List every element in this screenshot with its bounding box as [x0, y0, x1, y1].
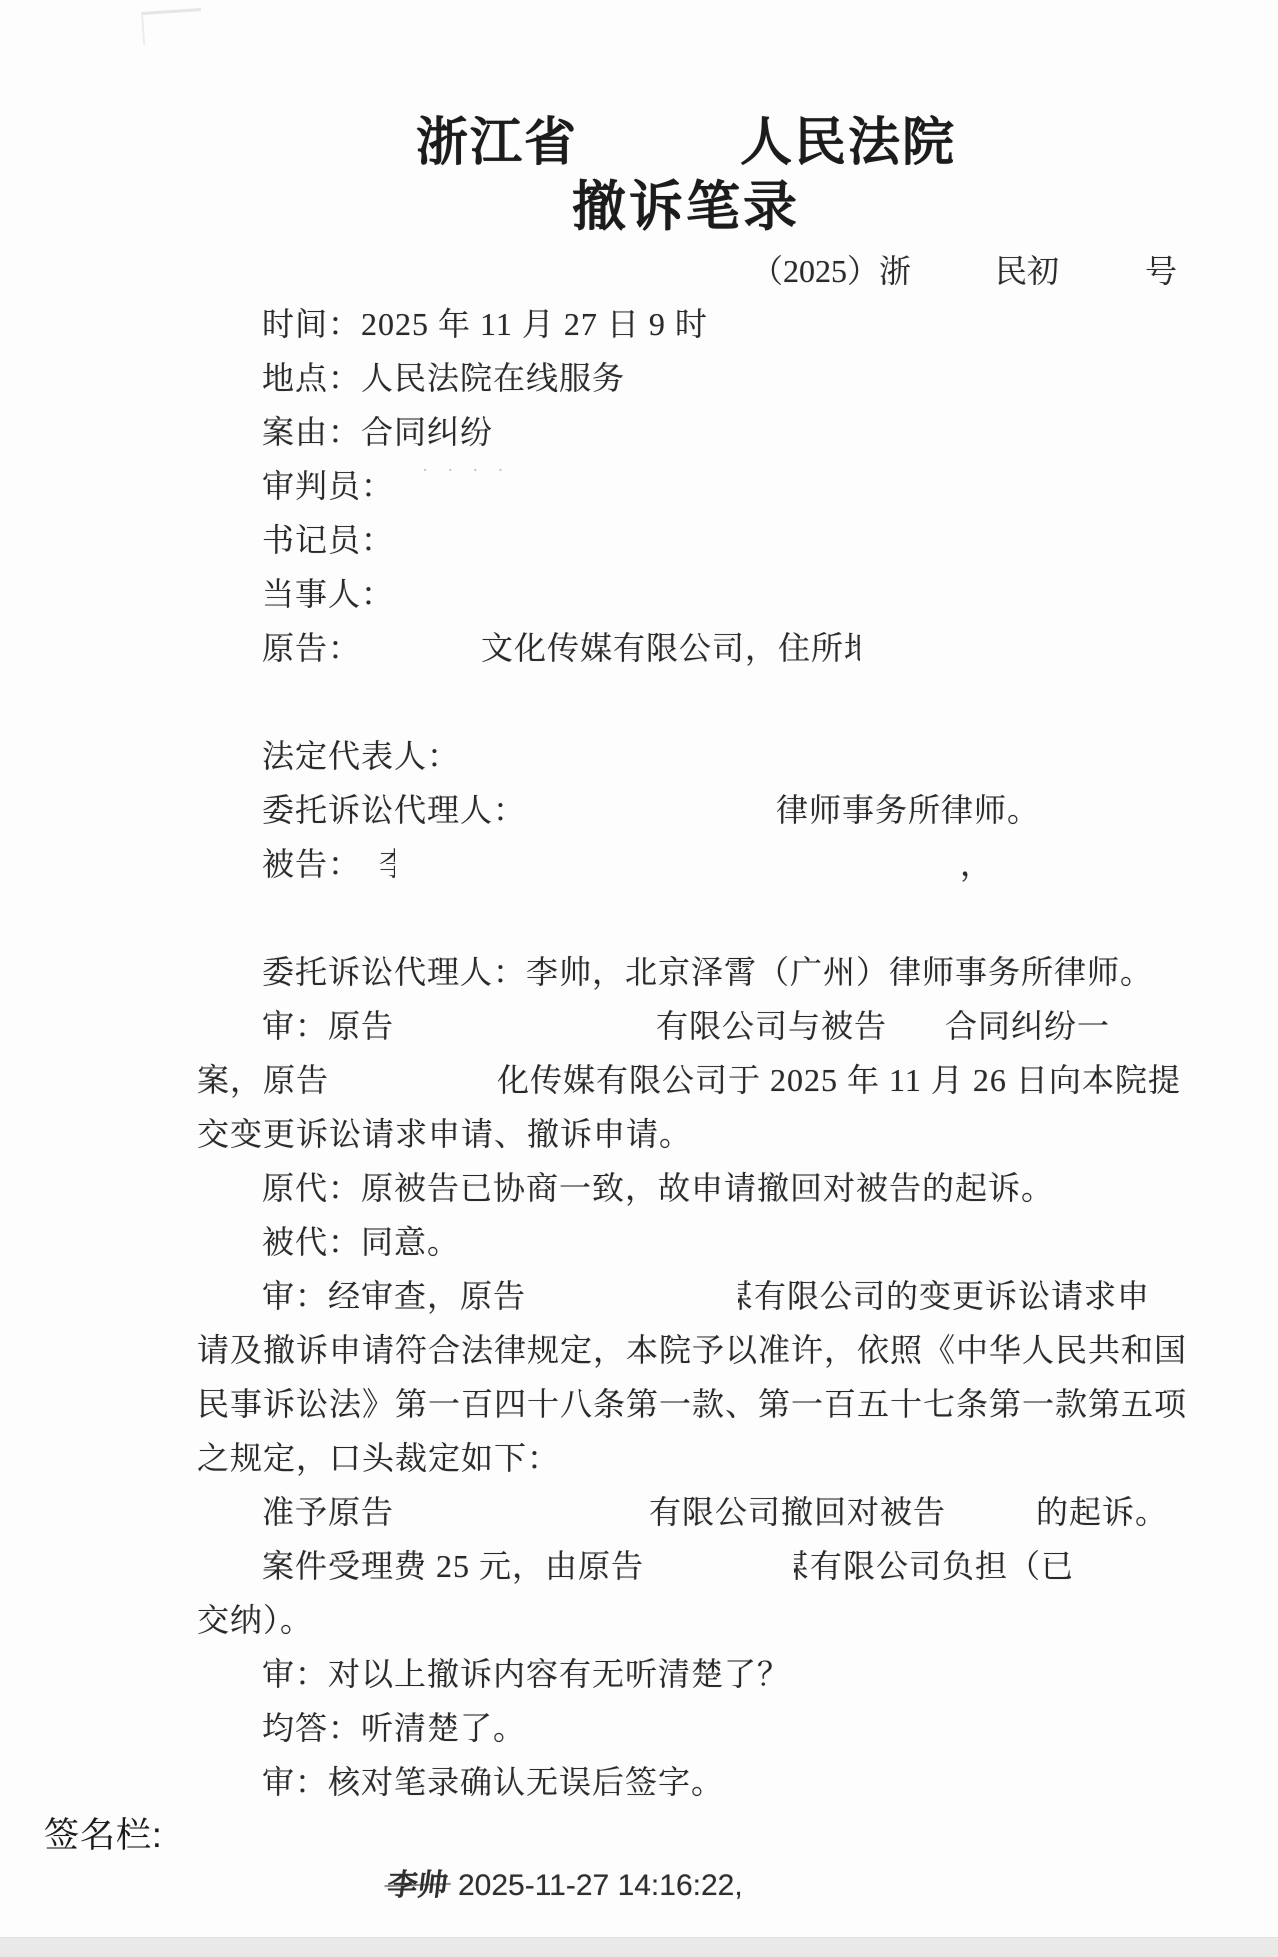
text-run: 民事诉讼法》第一百四十八条第一款、第一百五十七条第一款第五项 [197, 1379, 1187, 1425]
text-run: 委托诉讼代理人： [262, 785, 526, 831]
text-run: 被告： [262, 839, 361, 885]
document-line: 均答：听清楚了。 [197, 1699, 1202, 1753]
redaction-gap [394, 1024, 656, 1025]
document-line [197, 889, 1202, 943]
partial-glyph: 地 [844, 623, 860, 669]
partial-glyph-char: 媒 [794, 1541, 810, 1587]
document-line: 交纳）。 [197, 1591, 1202, 1645]
text-run: 之规定，口头裁定如下： [197, 1433, 560, 1479]
redaction-gap [197, 1186, 262, 1187]
partial-glyph-char: 地 [844, 623, 860, 669]
partial-glyph: 李 [379, 839, 395, 885]
document-title: 撤诉笔录 [572, 164, 800, 241]
text-run: 被代：同意。 [262, 1217, 460, 1263]
text-run: 审：原告 [262, 1001, 394, 1047]
partial-glyph-char: 媒 [738, 1271, 754, 1317]
text-run: 时间：2025 年 11 月 27 日 9 时 [262, 299, 708, 345]
redaction-gap [887, 1024, 945, 1025]
redaction-gap [197, 1780, 262, 1781]
document-line: 原代：原被告已协商一致，故申请撤回对被告的起诉。 [197, 1159, 1202, 1213]
partial-glyph: 媒 [738, 1271, 754, 1317]
redaction-gap [361, 646, 481, 647]
text-run: 合同纠纷一 [945, 1001, 1110, 1047]
text-run: 案由：合同纠纷 [262, 407, 493, 453]
case-number-row: （2025）浙 民初 号 [0, 246, 1278, 290]
text-run: 准予原告 [262, 1487, 394, 1533]
redaction-gap [394, 484, 422, 485]
redaction-gap [197, 646, 262, 647]
redaction-gap [361, 862, 379, 863]
text-run: 有限公司的变更诉讼请求申 [754, 1271, 1150, 1317]
province-name: 浙江省 [416, 100, 578, 175]
text-run: ， [960, 839, 993, 885]
document-line: 审：经审查，原告媒有限公司的变更诉讼请求申 [197, 1267, 1202, 1321]
document-line: 准予原告有限公司撤回对被告的起诉。 [197, 1483, 1202, 1537]
redaction-gap [197, 322, 262, 323]
text-run: 原告： [262, 623, 361, 669]
text-run: 委托诉讼代理人：李帅，北京泽霄（广州）律师事务所律师。 [262, 947, 1153, 993]
document-line: 审：核对笔录确认无误后签字。 [197, 1753, 1202, 1807]
redaction-gap [197, 970, 262, 971]
text-run: 的起诉。 [1036, 1487, 1168, 1533]
redaction-gap [197, 1240, 262, 1241]
redaction-gap [197, 484, 262, 485]
redaction-gap [197, 862, 262, 863]
text-run: 地点：人民法院在线服务 [262, 353, 625, 399]
text-run: 有限公司与被告 [656, 1001, 887, 1047]
signature-timestamp: 2025-11-27 14:16:22, [458, 1869, 743, 1902]
document-line: 被告：李， [197, 835, 1202, 889]
redaction-gap [526, 1294, 738, 1295]
redaction-smudge: · · · · [422, 460, 511, 482]
document-line: 审：对以上撤诉内容有无听清楚了？ [197, 1645, 1202, 1699]
text-run: 审判员： [262, 461, 394, 507]
redaction-gap [946, 1510, 1036, 1511]
document-line: 审判员：· · · · [197, 457, 1202, 511]
text-run: 案，原告 [197, 1055, 329, 1101]
scan-artifact [141, 8, 203, 45]
redaction-gap [197, 1672, 262, 1673]
redaction-gap [197, 430, 262, 431]
redaction-gap [329, 1078, 497, 1079]
court-document: 浙江省 人民法院 撤诉笔录 （2025）浙 民初 号 时间：2025 年 11 … [0, 0, 1278, 1957]
text-run: 交变更诉讼请求申请、撤诉申请。 [197, 1109, 692, 1155]
document-line: 案件受理费 25 元，由原告媒有限公司负担（已 [197, 1537, 1202, 1591]
text-run: 有限公司撤回对被告 [649, 1487, 946, 1533]
redaction-gap [197, 1726, 262, 1727]
case-number-year: （2025）浙 [751, 246, 911, 292]
redaction-gap [197, 1024, 262, 1025]
document-line: 地点：人民法院在线服务 [197, 349, 1202, 403]
partial-glyph-char: 李 [379, 839, 395, 885]
text-run: 原代：原被告已协商一致，故申请撤回对被告的起诉。 [262, 1163, 1054, 1209]
redaction-gap [197, 1510, 262, 1511]
redaction-gap [197, 754, 262, 755]
case-number-suffix: 号 [1145, 246, 1177, 292]
text-run: 当事人： [262, 569, 394, 615]
document-line: 法定代表人： [197, 727, 1202, 781]
document-line: 原告：文化传媒有限公司，住所地 [197, 619, 1202, 673]
text-run: 律师事务所律师。 [776, 785, 1040, 831]
document-line: 时间：2025 年 11 月 27 日 9 时 [197, 295, 1202, 349]
signature-name: 李帅 [385, 1860, 450, 1904]
text-run: 书记员： [262, 515, 394, 561]
text-run: 案件受理费 25 元，由原告 [262, 1541, 644, 1587]
text-run: 文化传媒有限公司，住所 [481, 623, 844, 669]
redaction-gap [197, 538, 262, 539]
redaction-gap [197, 1294, 262, 1295]
text-run: 法定代表人： [262, 731, 460, 777]
document-line: 书记员： [197, 511, 1202, 565]
redaction-gap [394, 1510, 649, 1511]
document-line: 被代：同意。 [197, 1213, 1202, 1267]
document-title-row: 浙江省 人民法院 [0, 100, 1278, 164]
document-line: 请及撤诉申请符合法律规定，本院予以准许，依照《中华人民共和国 [197, 1321, 1202, 1375]
document-line: 之规定，口头裁定如下： [197, 1429, 1202, 1483]
text-run: 请及撤诉申请符合法律规定，本院予以准许，依照《中华人民共和国 [197, 1325, 1187, 1371]
redaction-gap [197, 376, 262, 377]
redaction-gap [526, 808, 776, 809]
text-run: 有限公司负担（已 [810, 1541, 1074, 1587]
document-line: 审：原告有限公司与被告合同纠纷一 [197, 997, 1202, 1051]
document-line: 委托诉讼代理人：律师事务所律师。 [197, 781, 1202, 835]
text-run: 审：核对笔录确认无误后签字。 [262, 1757, 724, 1803]
document-line: 当事人： [197, 565, 1202, 619]
document-line: 民事诉讼法》第一百四十八条第一款、第一百五十七条第一款第五项 [197, 1375, 1202, 1429]
document-body: 时间：2025 年 11 月 27 日 9 时地点：人民法院在线服务案由：合同纠… [197, 295, 1202, 1807]
text-run: 审：对以上撤诉内容有无听清楚了？ [262, 1649, 790, 1695]
text-run: 交纳）。 [197, 1595, 313, 1641]
redaction-gap [644, 1564, 794, 1565]
document-line [197, 673, 1202, 727]
case-number-type: 民初 [995, 246, 1059, 292]
bottom-scan-edge [0, 1937, 1278, 1957]
text-run: 审：经审查，原告 [262, 1271, 526, 1317]
redaction-gap [197, 1564, 262, 1565]
document-line: 案，原告化传媒有限公司于 2025 年 11 月 26 日向本院提 [197, 1051, 1202, 1105]
redaction-gap [197, 808, 262, 809]
redaction-gap [197, 592, 262, 593]
redaction-gap [395, 862, 960, 863]
text-run: 化传媒有限公司于 2025 年 11 月 26 日向本院提 [497, 1055, 1181, 1101]
document-line: 案由：合同纠纷 [197, 403, 1202, 457]
signature-label: 签名栏: [44, 1808, 163, 1858]
document-line: 交变更诉讼请求申请、撤诉申请。 [197, 1105, 1202, 1159]
text-run: 均答：听清楚了。 [262, 1703, 526, 1749]
signature-line: 李帅2025-11-27 14:16:22, [388, 1860, 743, 1904]
document-line: 委托诉讼代理人：李帅，北京泽霄（广州）律师事务所律师。 [197, 943, 1202, 997]
partial-glyph: 媒 [794, 1541, 810, 1587]
